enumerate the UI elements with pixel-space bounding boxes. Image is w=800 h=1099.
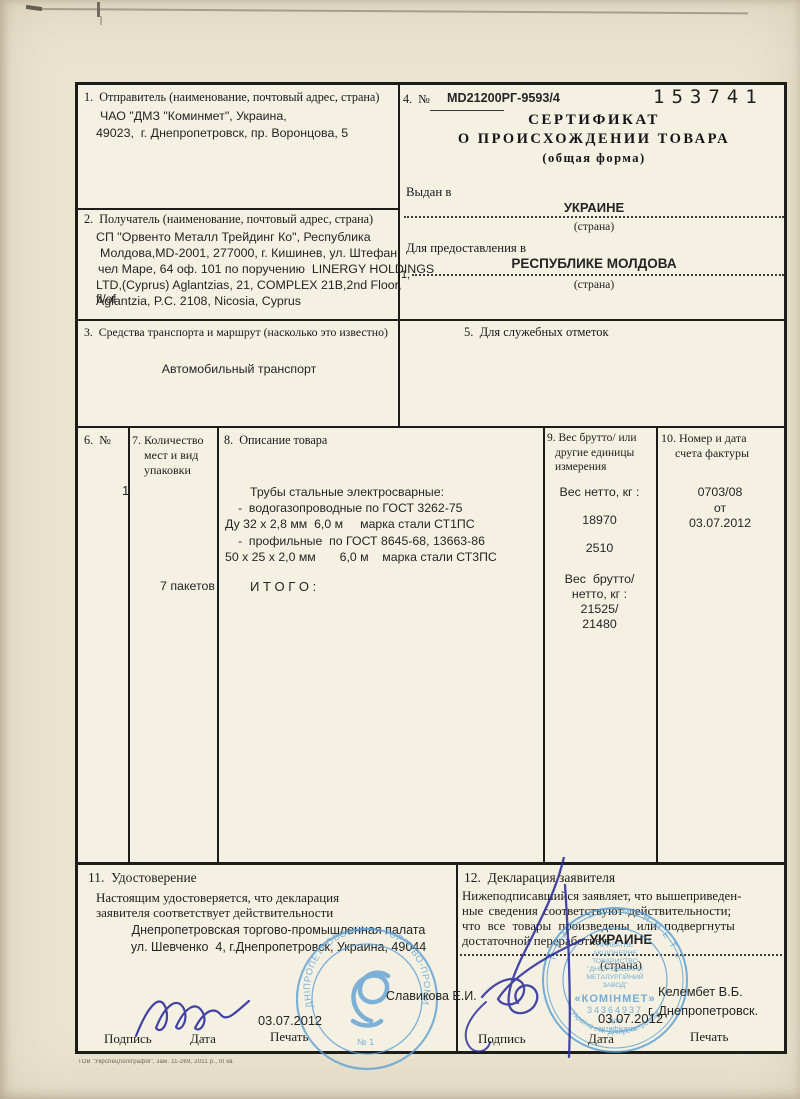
presented-country: РЕСПУБЛИКЕ МОЛДОВА: [400, 256, 788, 271]
goods-line: - профильные по ГОСТ 8645-68, 13663-86: [238, 534, 485, 548]
col7-header-line: мест и вид: [132, 448, 203, 463]
divider: [217, 426, 219, 864]
col9-header-line: другие единицы: [547, 446, 637, 461]
signature-caption: Подпись: [104, 1031, 152, 1047]
col10-header-line: счета фактуры: [661, 446, 749, 461]
col10-header-line: 10. Номер и дата: [661, 431, 749, 446]
col6-header: 6. №: [84, 433, 111, 448]
seal-caption: Печать: [270, 1029, 308, 1045]
issued-in-label: Выдан в: [406, 185, 451, 200]
gross-weight-1: 21525/: [543, 602, 656, 616]
goods-line: 50 х 25 х 2,0 мм 6,0 м марка стали СТ3ПС: [225, 550, 497, 564]
sender-address: 49023, г. Днепропетровск, пр. Воронцова,…: [96, 126, 348, 140]
certificate-subtitle: (общая форма): [400, 151, 788, 166]
certification-text: заявителя соответствует действительности: [96, 905, 333, 921]
declarant-city: г. Днепропетровск.: [648, 1003, 758, 1018]
country-caption: (страна): [400, 220, 788, 233]
goods-line: Ду 32 х 2,8 мм 6,0 м марка стали СТ1ПС: [225, 517, 475, 531]
country-caption-2: (страна): [400, 278, 788, 291]
divider: [78, 319, 784, 321]
presented-in-label: Для предоставления в: [406, 241, 526, 256]
service-marks-label: 5. Для служебных отметок: [464, 325, 609, 340]
date-caption: Дата: [190, 1031, 216, 1047]
date-caption-2: Дата: [588, 1031, 614, 1047]
declarant-signature: [468, 857, 653, 1059]
col7-header-line: 7. Количество: [132, 433, 203, 448]
sender-label: 1. Отправитель (наименование, почтовый а…: [84, 90, 402, 105]
declaration-date: 03.07.2012: [598, 1011, 663, 1026]
gross-weight-2: 21480: [543, 617, 656, 631]
gross-weight-label: Вес брутто/: [543, 572, 656, 586]
packages-count: 7 пакетов: [130, 579, 215, 593]
transport-label: 3. Средства транспорта и маршрут (наскол…: [84, 325, 400, 340]
goods-line: Трубы стальные электросварные:: [250, 485, 444, 499]
certificate-number-label: 4. №: [403, 92, 430, 107]
declarant-name: Келембет В.Б.: [658, 984, 743, 999]
net-weight-2: 2510: [543, 541, 656, 555]
certification-text: Настоящим удостоверяется, что декларация: [96, 890, 339, 906]
scanned-certificate-page: 1. Отправитель (наименование, почтовый а…: [0, 0, 800, 1099]
certificate-form: 1. Отправитель (наименование, почтовый а…: [75, 82, 787, 1054]
col9-header-line: измерения: [547, 460, 637, 475]
col7-header-line: упаковки: [132, 463, 203, 478]
net-weight-label: Вес нетто, кг :: [543, 485, 656, 499]
net-weight-1: 18970: [543, 513, 656, 527]
dotted-line: [404, 216, 784, 218]
certification-date: 03.07.2012: [258, 1013, 322, 1028]
certificate-title-2: О ПРОИСХОЖДЕНИИ ТОВАРА: [400, 131, 788, 148]
item-number: 1: [122, 483, 129, 498]
chamber-stamp-number: № 1: [357, 1037, 374, 1047]
scan-artifact-line: [36, 8, 748, 14]
invoice-date: 03.07.2012: [656, 516, 784, 530]
col9-header: 9. Вес брутто/ или другие единицы измере…: [547, 431, 637, 475]
certificate-title: СЕРТИФИКАТ: [400, 112, 788, 129]
gross-weight-label-2: нетто, кг :: [543, 587, 656, 601]
total-label: И Т О Г О :: [250, 579, 316, 594]
invoice-from: от: [656, 501, 784, 515]
col8-header: 8. Описание товара: [224, 433, 327, 448]
receiver-label: 2. Получатель (наименование, почтовый ад…: [84, 212, 402, 227]
divider: [78, 208, 399, 210]
scan-artifact-tick2: [100, 16, 102, 25]
invoice-number: 0703/08: [656, 485, 784, 499]
sender-name: ЧАО "ДМЗ "Коминмет", Украина,: [100, 109, 287, 123]
seal-caption-2: Печать: [690, 1029, 728, 1045]
receiver-line: Молдова,MD-2001, 277000, г. Кишинев, ул.…: [100, 246, 397, 260]
col7-header: 7. Количество мест и вид упаковки: [132, 433, 203, 478]
receiver-line: СП "Орвенто Металл Трейдинг Ко", Республ…: [96, 230, 371, 244]
certification-label: 11. Удостоверение: [88, 870, 197, 886]
col9-header-line: 9. Вес брутто/ или: [547, 431, 637, 446]
receiver-line: Aglantzia, P.C. 2108, Nicosia, Cyprus: [96, 294, 301, 308]
goods-line: - водогазопроводные по ГОСТ 3262-75: [238, 501, 463, 515]
certificate-number: MD21200РГ-9593/4: [447, 91, 560, 105]
transport-value: Автомобильный транспорт: [78, 362, 400, 376]
divider: [78, 426, 784, 428]
printer-imprint: ТОВ "Укрспецполіграфія", зам. 11-269, 20…: [78, 1059, 235, 1065]
col10-header: 10. Номер и дата счета фактуры: [661, 431, 749, 461]
receiver-line: чел Маре, 64 оф. 101 по поручению LINERG…: [98, 262, 434, 276]
divider: [78, 862, 784, 865]
number-underline: [430, 110, 504, 111]
issued-country: УКРАИНЕ: [400, 200, 788, 215]
signature-caption-2: Подпись: [478, 1031, 526, 1047]
dotted-line: [412, 274, 784, 276]
serial-number: 153741: [653, 86, 764, 108]
